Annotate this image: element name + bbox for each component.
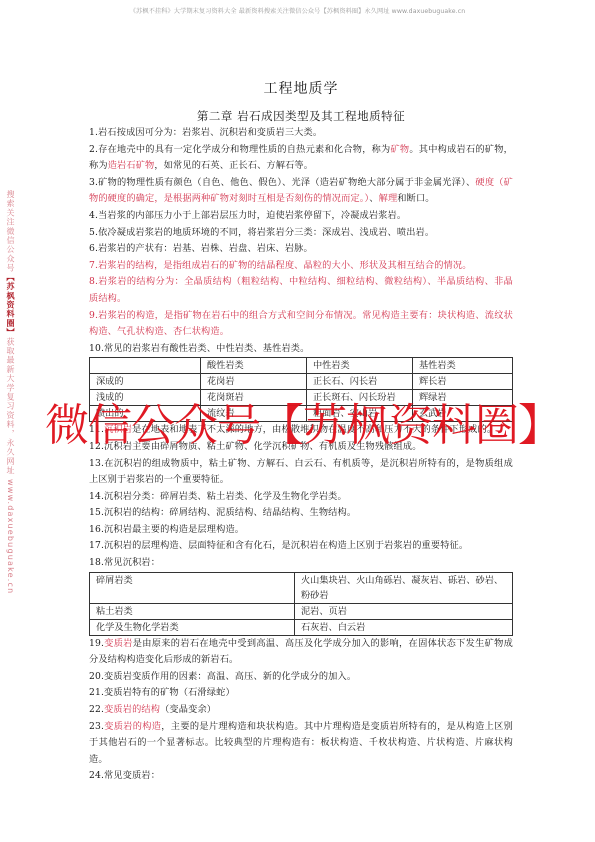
table-cell: 火山集块岩、火山角砾岩、凝灰岩、砾岩、砂岩、粉砂岩 — [295, 572, 513, 603]
table-cell: 粘土岩类 — [90, 603, 295, 619]
paragraph-24: 24.常见变质岩： — [89, 768, 513, 785]
highlight-term: 变质岩 — [104, 638, 133, 649]
paragraph-2: 2.存在地壳中的具有一定化学成分和物理性质的自热元素和化合物，称为矿物。其中构成… — [89, 142, 513, 175]
side-watermark-part2: 【苏枫资料圈】 — [6, 273, 15, 337]
text: 23. — [89, 721, 104, 732]
text: （变晶变余） — [160, 704, 216, 715]
table-cell: 中性岩类 — [307, 358, 413, 374]
text: 19. — [89, 638, 104, 649]
table-cell — [90, 358, 201, 374]
table-cell: 泥岩、页岩 — [295, 603, 513, 619]
paragraph-21: 21.变质岩特有的矿物（石滑绿蛇） — [89, 685, 513, 702]
sedimentary-rock-table: 碎屑岩类 火山集块岩、火山角砾岩、凝灰岩、砾岩、砂岩、粉砂岩 粘土岩类 泥岩、页… — [89, 572, 513, 636]
text: 和断口。 — [397, 193, 434, 204]
paragraph-7: 7.岩浆岩的结构，是指组成岩石的矿物的结晶程度、晶粒的大小、形状及其相互结合的情… — [89, 258, 513, 275]
paragraph-8: 8.岩浆岩的结构分为：全晶质结构（粗粒结构、中粒结构、细粒结构、微粒结构）、半晶… — [89, 274, 513, 307]
paragraph-13: 13.在沉积岩的组成物质中，粘土矿物、方解石、白云石、有机质等，是沉积岩所特有的… — [89, 456, 513, 489]
paragraph-18: 18.常见沉积岩： — [89, 555, 513, 572]
text: 2.存在地壳中的具有一定化学成分和物理性质的自热元素和化合物，称为 — [89, 144, 390, 155]
paragraph-19: 19.变质岩是由原来的岩石在地壳中受到高温、高压及化学成分加入的影响，在固体状态… — [89, 636, 513, 669]
paragraph-20: 20.变质岩变质作用的因素：高温、高压、新的化学成分的加入。 — [89, 669, 513, 686]
header-watermark: 《苏枫不挂科》大学期末复习资料大全 最新资料搜索关注微信公众号【苏枫资料圈】永久… — [0, 6, 595, 15]
table-cell: 碎屑岩类 — [90, 572, 295, 603]
side-watermark: 搜索关注微信公众号【苏枫资料圈】获取最新大学复习资料，永久网址 www.daxu… — [6, 190, 16, 594]
highlight-term: 矿物 — [390, 144, 409, 155]
chapter-title: 第二章 岩石成因类型及其工程地质特征 — [89, 108, 513, 124]
table-row: 粘土岩类 泥岩、页岩 — [90, 603, 513, 619]
table-cell: 酸性岩类 — [201, 358, 307, 374]
text: 22. — [89, 704, 104, 715]
table-cell: 花岗岩 — [201, 374, 307, 390]
text: 是由原来的岩石在地壳中受到高温、高压及化学成分加入的影响，在固体状态下发生矿物成… — [89, 638, 513, 666]
table-row: 碎屑岩类 火山集块岩、火山角砾岩、凝灰岩、砾岩、砂岩、粉砂岩 — [90, 572, 513, 603]
paragraph-16: 16.沉积岩最主要的构造是层理构造。 — [89, 522, 513, 539]
overlay-watermark: 微信公众号【苏枫资料圈】 — [45, 398, 565, 454]
paragraph-4: 4.当岩浆的内部压力小于上部岩层压力时，迫使岩浆停留下，冷凝成岩浆岩。 — [89, 208, 513, 225]
table-cell: 基性岩类 — [413, 358, 513, 374]
highlight-term: 变质岩的构造 — [104, 721, 161, 732]
table-row: 深成的 花岗岩 正长石、闪长岩 辉长岩 — [90, 374, 513, 390]
paragraph-17: 17.沉积岩的层理构造、层面特征和含有化石，是沉积岩在构造上区别于岩浆岩的重要特… — [89, 538, 513, 555]
table-row: 化学及生物化学岩类 石灰岩、白云岩 — [90, 619, 513, 635]
text: ，如常见的石英、正长石、方解石等。 — [154, 160, 313, 171]
paragraph-9: 9.岩浆岩的构造，是指矿物在岩石中的组合方式和空间分布情况。常见构造主要有：块状… — [89, 308, 513, 341]
table-cell: 深成的 — [90, 374, 201, 390]
paragraph-3: 3.矿物的物理性质有颜色（自色、他色、假色）、光泽（造岩矿物绝大部分属于非金属光… — [89, 175, 513, 208]
paragraph-6: 6.岩浆岩的产状有：岩基、岩株、岩盘、岩床、岩脉。 — [89, 241, 513, 258]
paragraph-23: 23.变质岩的构造，主要的是片理构造和块状构造。其中片理构造是变质岩所特有的，是… — [89, 719, 513, 769]
table-header-row: 酸性岩类 中性岩类 基性岩类 — [90, 358, 513, 374]
table-cell: 石灰岩、白云岩 — [295, 619, 513, 635]
highlight-term: 解理 — [379, 193, 398, 204]
highlight-term: 变质岩的结构 — [104, 704, 160, 715]
side-watermark-part3: 获取最新大学复习资料，永久网址 www.daxuebuguake.cn — [6, 337, 15, 594]
highlight-term: 造岩石矿物 — [108, 160, 155, 171]
text: 3.矿物的物理性质有颜色（自色、他色、假色）、光泽（造岩矿物绝大部分属于非金属光… — [89, 177, 475, 188]
paragraph-14: 14.沉积岩分类：碎屑岩类、粘土岩类、化学及生物化学岩类。 — [89, 489, 513, 506]
paragraph-5: 5.依冷凝成岩浆岩的地质环境的不同，将岩浆岩分三类：深成岩、浅成岩、喷出岩。 — [89, 225, 513, 242]
text: 、 — [369, 193, 378, 204]
table-cell: 化学及生物化学岩类 — [90, 619, 295, 635]
paragraph-1: 1.岩石按成因可分为：岩浆岩、沉积岩和变质岩三大类。 — [89, 125, 513, 142]
side-watermark-part1: 搜索关注微信公众号 — [6, 190, 15, 273]
table-cell: 正长石、闪长岩 — [307, 374, 413, 390]
document-title: 工程地质学 — [89, 78, 513, 98]
paragraph-22: 22.变质岩的结构（变晶变余） — [89, 702, 513, 719]
table-cell: 辉长岩 — [413, 374, 513, 390]
paragraph-15: 15.沉积岩的结构：碎屑结构、泥质结构、结晶结构、生物结构。 — [89, 505, 513, 522]
paragraph-10: 10.常见的岩浆岩有酸性岩类、中性岩类、基性岩类。 — [89, 341, 513, 358]
